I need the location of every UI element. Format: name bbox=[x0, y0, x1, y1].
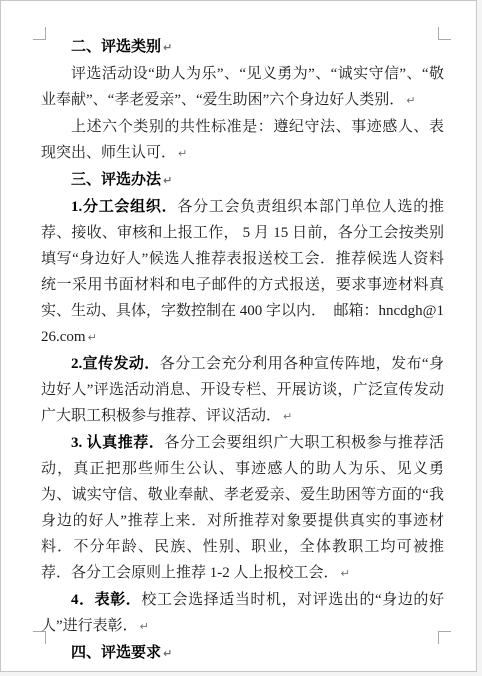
paragraph-text: 三、评选办法 bbox=[71, 172, 161, 188]
paragraph-return-mark: ↵ bbox=[406, 94, 415, 107]
paragraph-bold-lead: 4．表彰． bbox=[71, 592, 141, 608]
paragraph-return-mark: ↵ bbox=[341, 567, 350, 580]
body-paragraph: 3. 认真推荐．各分工会要组织广大职工积极参与推荐活动，真正把那些师生公认、事迹… bbox=[41, 430, 444, 587]
document-body[interactable]: 二、评选类别↵评选活动设“助人为乐”、“见义勇为”、“诚实守信”、“敬业奉献”、… bbox=[41, 34, 444, 667]
body-paragraph: 4．表彰．校工会选择适当时机，对评选出的“身边的好人”进行表彰．↵ bbox=[41, 587, 444, 640]
paragraph-text: 评选活动设“助人为乐”、“见义勇为”、“诚实守信”、“敬业奉献”、“孝老爱亲”、… bbox=[41, 66, 444, 108]
body-paragraph: 1.分工会组织．各分工会负责组织本部门单位人选的推荐、接收、审核和上报工作， 5… bbox=[41, 194, 444, 351]
body-paragraph: 上述六个类别的共性标准是：遵纪守法、事迹感人、表现突出、师生认可．↵ bbox=[41, 114, 444, 167]
paragraph-return-mark: ↵ bbox=[88, 331, 97, 344]
paragraph-text: 各分工会负责组织本部门单位人选的推荐、接收、审核和上报工作， 5 月 15 日前… bbox=[41, 199, 444, 345]
paragraph-return-mark: ↵ bbox=[163, 41, 172, 54]
paragraph-return-mark: ↵ bbox=[178, 147, 187, 160]
paragraph-text: 二、评选类别 bbox=[71, 39, 161, 55]
heading-paragraph: 四、评选要求↵ bbox=[41, 640, 444, 667]
paragraph-return-mark: ↵ bbox=[163, 647, 172, 660]
body-paragraph: 评选活动设“助人为乐”、“见义勇为”、“诚实守信”、“敬业奉献”、“孝老爱亲”、… bbox=[41, 61, 444, 114]
heading-paragraph: 二、评选类别↵ bbox=[41, 34, 444, 61]
paragraph-bold-lead: 3. 认真推荐． bbox=[71, 435, 164, 451]
heading-paragraph: 三、评选办法↵ bbox=[41, 167, 444, 194]
paragraph-return-mark: ↵ bbox=[283, 410, 292, 423]
paragraph-text: 各分工会要组织广大职工积极参与推荐活动，真正把那些师生公认、事迹感人的助人为乐、… bbox=[41, 435, 444, 581]
paragraph-text: 四、评选要求 bbox=[71, 645, 161, 661]
paragraph-return-mark: ↵ bbox=[163, 174, 172, 187]
paragraph-bold-lead: 2.宣传发动． bbox=[71, 356, 160, 372]
body-paragraph: 2.宣传发动．各分工会充分利用各种宣传阵地，发布“身边好人”评选活动消息、开设专… bbox=[41, 351, 444, 430]
document-page: 二、评选类别↵评选活动设“助人为乐”、“见义勇为”、“诚实守信”、“敬业奉献”、… bbox=[0, 0, 477, 672]
paragraph-text: 上述六个类别的共性标准是：遵纪守法、事迹感人、表现突出、师生认可． bbox=[41, 119, 444, 161]
paragraph-return-mark: ↵ bbox=[140, 620, 149, 633]
paragraph-bold-lead: 1.分工会组织． bbox=[71, 199, 177, 215]
